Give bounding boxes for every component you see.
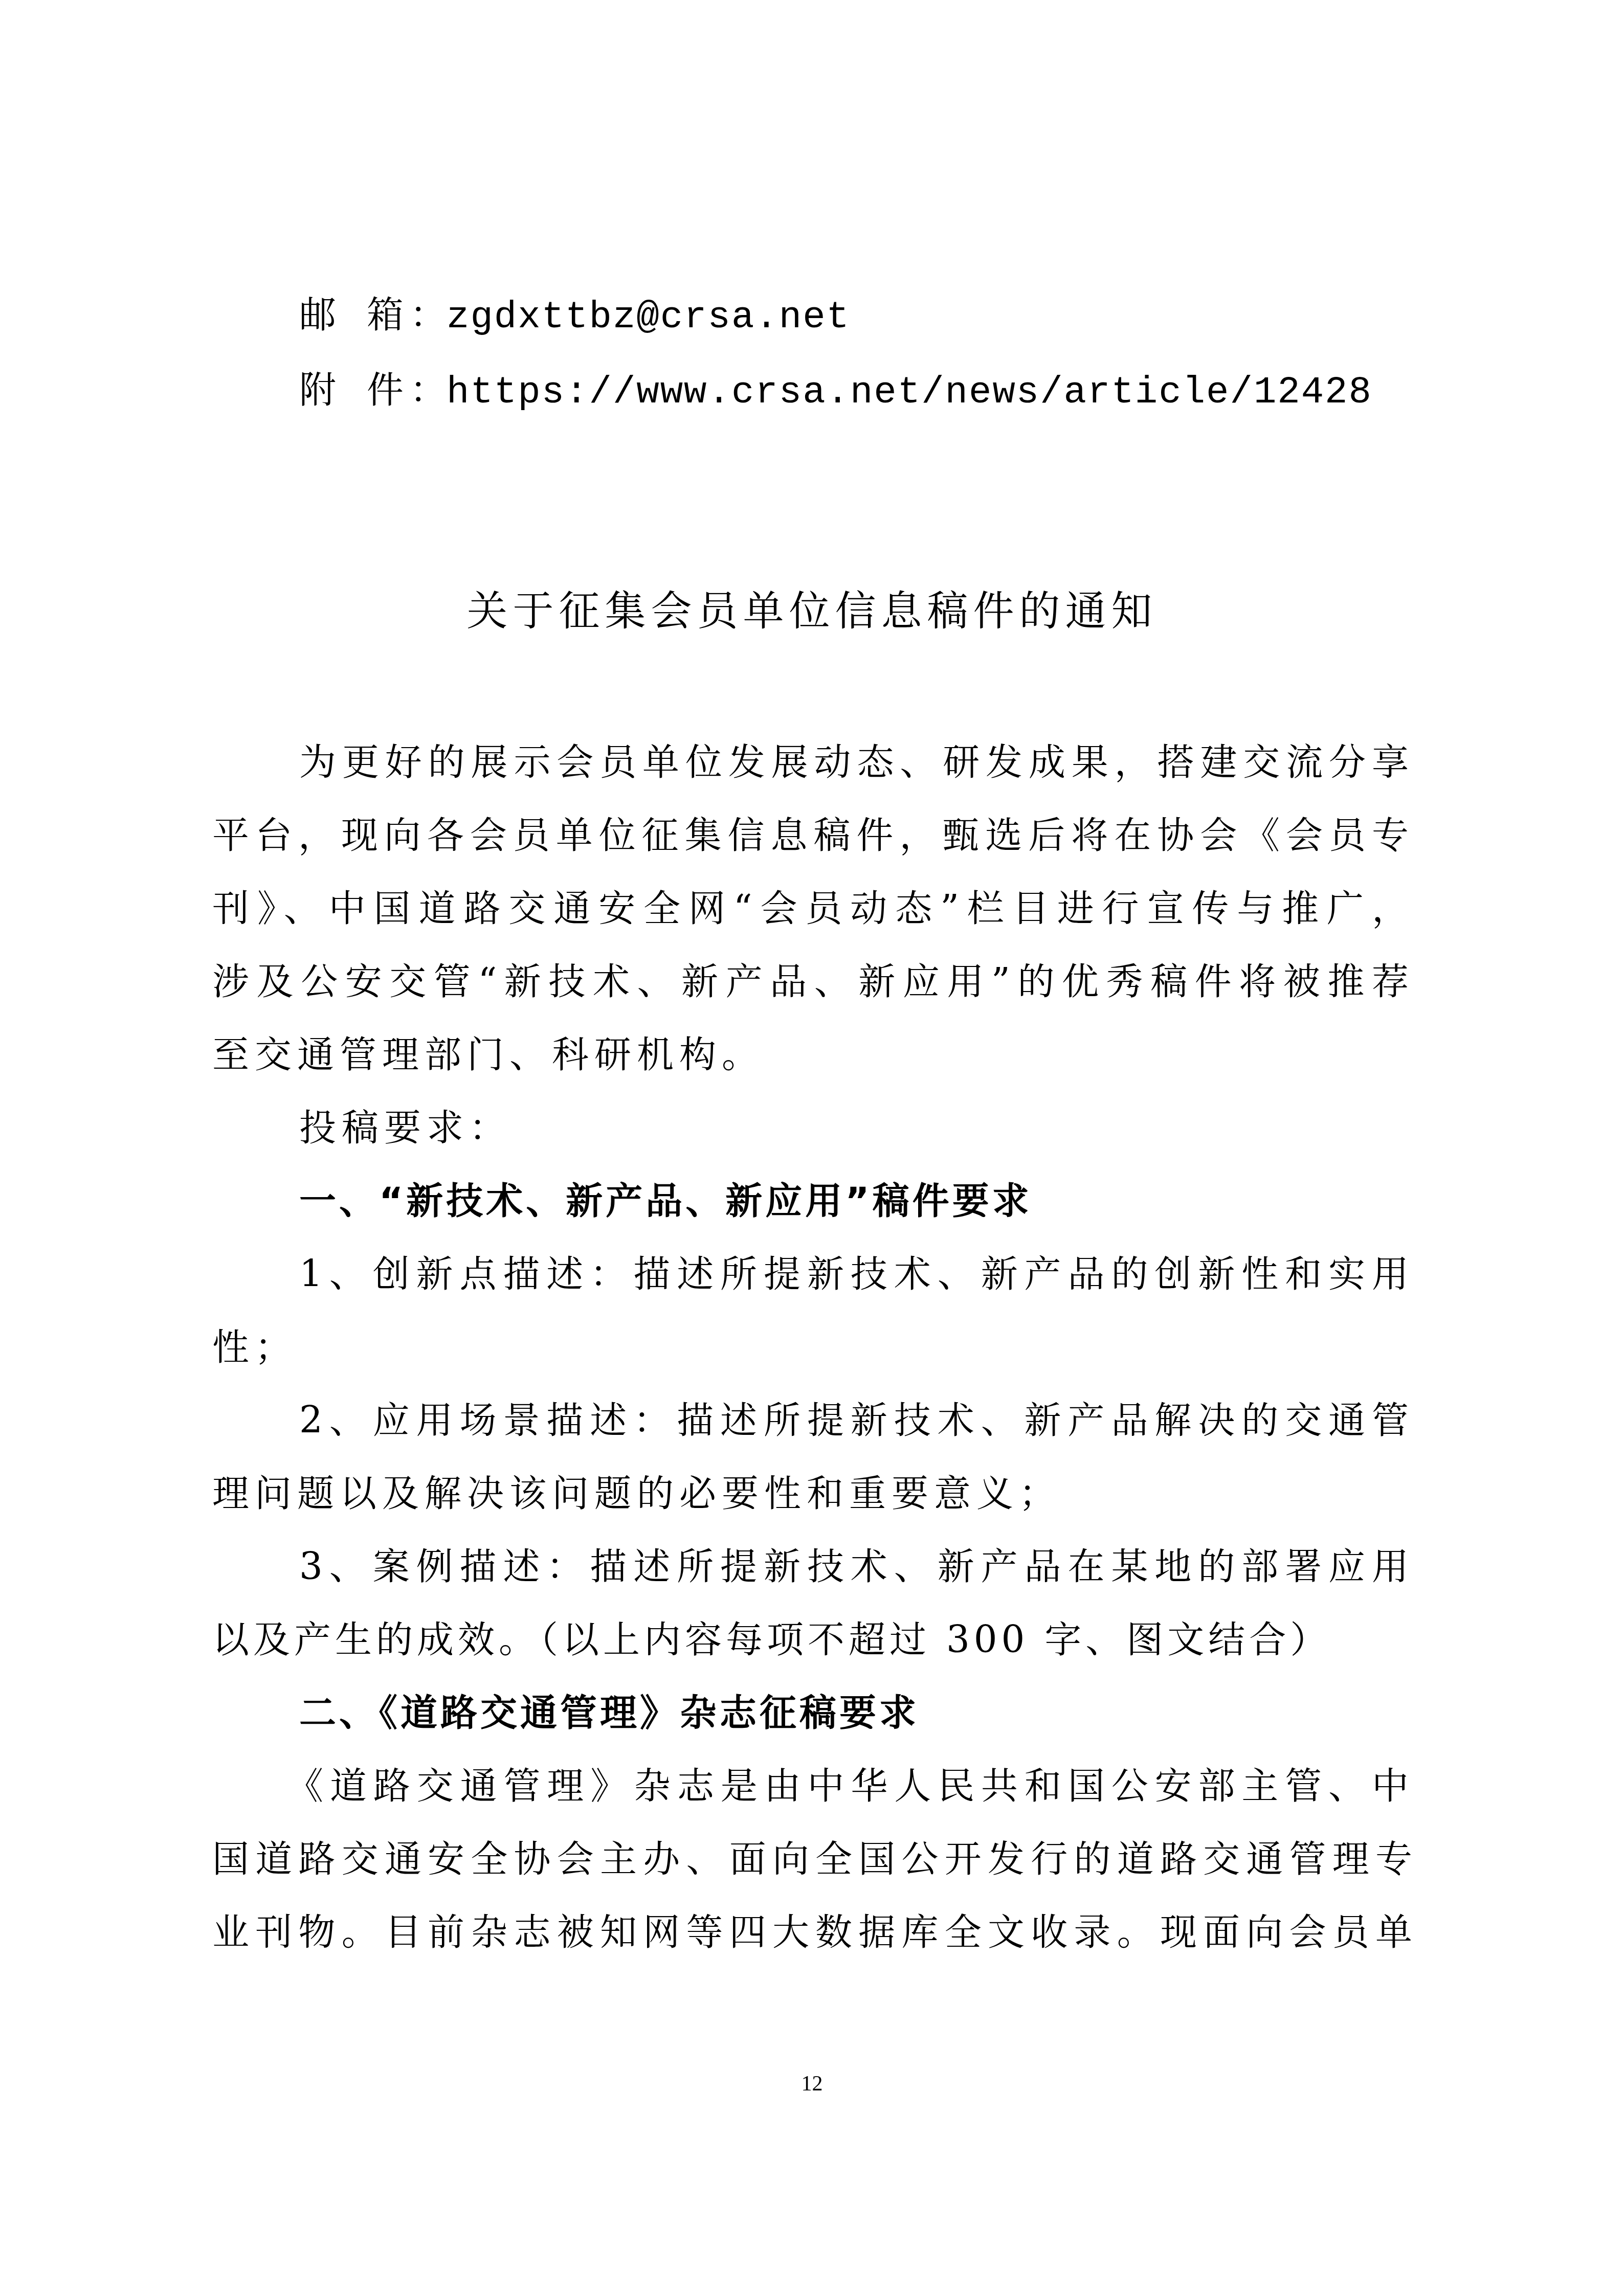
intro-line-1: 为更好的展示会员单位发展动态、研发成果，搭建交流分享: [299, 736, 1414, 787]
section-2-line-1: 《道路交通管理》杂志是由中华人民共和国公安部主管、中: [286, 1760, 1414, 1811]
page-number: 12: [0, 2071, 1624, 2097]
item-1-line-2: 性；: [212, 1321, 1414, 1372]
email-address[interactable]: zgdxttbz@crsa.net: [447, 296, 850, 339]
attachment-colon: ：: [410, 364, 447, 415]
item-1-line-1: 1、创新点描述：描述所提新技术、新产品的创新性和实用: [299, 1248, 1414, 1299]
section-2-line-3: 业刊物。目前杂志被知网等四大数据库全文收录。现面向会员单: [212, 1906, 1414, 1957]
item-3-line-1: 3、案例描述：描述所提新技术、新产品在某地的部署应用: [299, 1541, 1414, 1592]
item-2-line-2: 理问题以及解决该问题的必要性和重要意义；: [212, 1468, 1414, 1519]
intro-line-2: 平台，现向各会员单位征集信息稿件，甄选后将在协会《会员专: [212, 809, 1414, 861]
notice-title: 关于征集会员单位信息稿件的通知: [0, 583, 1624, 639]
attachment-link[interactable]: https://www.crsa.net/news/article/12428: [447, 371, 1372, 414]
attachment-row: 附件：https://www.crsa.net/news/article/124…: [299, 364, 1372, 418]
item-3-line-2: 以及产生的成效。（以上内容每项不超过 300 字、图文结合）: [212, 1614, 1414, 1665]
section-1-heading: 一、“新技术、新产品、新应用”稿件要求: [299, 1175, 1501, 1226]
section-2-heading: 二、《道路交通管理》杂志征稿要求: [299, 1687, 1501, 1738]
section-2-line-2: 国道路交通安全协会主办、面向全国公开发行的道路交通管理专: [212, 1833, 1414, 1884]
document-page: 邮箱：zgdxttbz@crsa.net 附件：https://www.crsa…: [0, 0, 1624, 2296]
intro-line-3: 刊》、中国道路交通安全网“会员动态”栏目进行宣传与推广，: [212, 883, 1414, 934]
requirements-label: 投稿要求：: [299, 1102, 1501, 1153]
item-2-line-1: 2、应用场景描述：描述所提新技术、新产品解决的交通管: [299, 1394, 1414, 1446]
email-row: 邮箱：zgdxttbz@crsa.net: [299, 289, 850, 343]
intro-line-4: 涉及公安交管“新技术、新产品、新应用”的优秀稿件将被推荐: [212, 956, 1414, 1007]
email-colon: ：: [410, 289, 447, 340]
intro-line-5: 至交通管理部门、科研机构。: [212, 1029, 1414, 1080]
